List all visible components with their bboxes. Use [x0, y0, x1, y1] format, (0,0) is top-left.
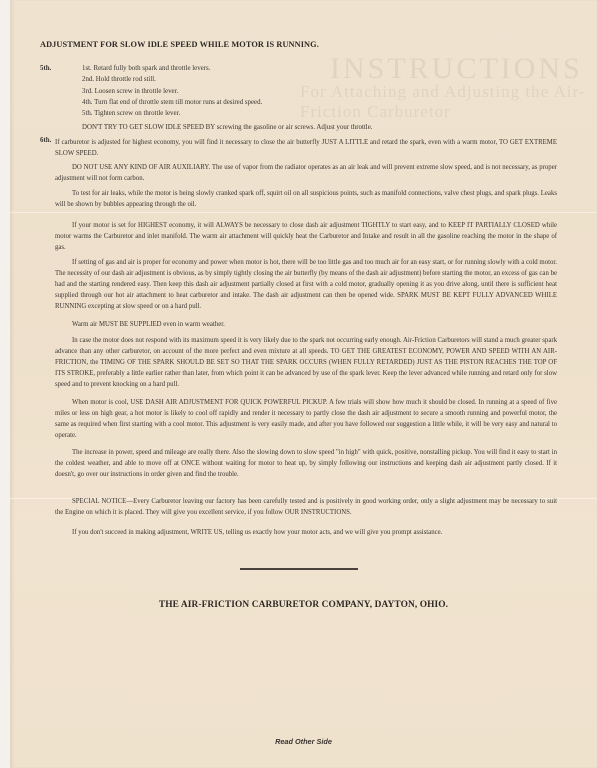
step-item: 3rd. Loosen screw in throttle lever.: [82, 86, 582, 97]
paragraph: In case the motor does not respond with …: [55, 335, 557, 390]
step-item: 4th. Turn flat end of throttle stem till…: [82, 97, 582, 108]
paper-fold: [10, 212, 597, 213]
document-page: INSTRUCTIONS For Attaching and Adjusting…: [10, 0, 597, 768]
paragraph: If carburetor is adjusted for highest ec…: [55, 137, 557, 159]
company-name: THE AIR-FRICTION CARBURETOR COMPANY, DAY…: [10, 600, 597, 610]
warning-text: DON'T TRY TO GET SLOW IDLE SPEED BY scre…: [82, 122, 582, 133]
paragraph: To test for air leaks, while the motor i…: [55, 188, 557, 210]
footer-note: Read Other Side: [10, 737, 597, 746]
paragraph: DO NOT USE ANY KIND OF AIR AUXILIARY. Th…: [55, 162, 557, 184]
step-item: 5th. Tighten screw on throttle lever.: [82, 108, 582, 119]
paragraph: Warm air MUST BE SUPPLIED even in warm w…: [55, 319, 557, 330]
section-number: 6th.: [40, 137, 51, 144]
paragraph: If you don't succeed in making adjustmen…: [55, 527, 557, 538]
section-heading: ADJUSTMENT FOR SLOW IDLE SPEED WHILE MOT…: [40, 40, 319, 49]
paragraph: If setting of gas and air is proper for …: [55, 257, 557, 312]
step-list: 1st. Retard fully both spark and throttl…: [82, 63, 582, 134]
special-notice: SPECIAL NOTICE—Every Carburetor leaving …: [55, 496, 557, 518]
step-item: 1st. Retard fully both spark and throttl…: [82, 63, 582, 74]
divider: [240, 568, 358, 570]
paragraph: If your motor is set for HIGHEST economy…: [55, 220, 557, 253]
paragraph: The increase in power, speed and mileage…: [55, 447, 557, 480]
step-item: 2nd. Hold throttle rod still.: [82, 74, 582, 85]
section-number: 5th.: [40, 63, 70, 74]
paragraph: When motor is cool, USE DASH AIR ADJUSTM…: [55, 397, 557, 441]
